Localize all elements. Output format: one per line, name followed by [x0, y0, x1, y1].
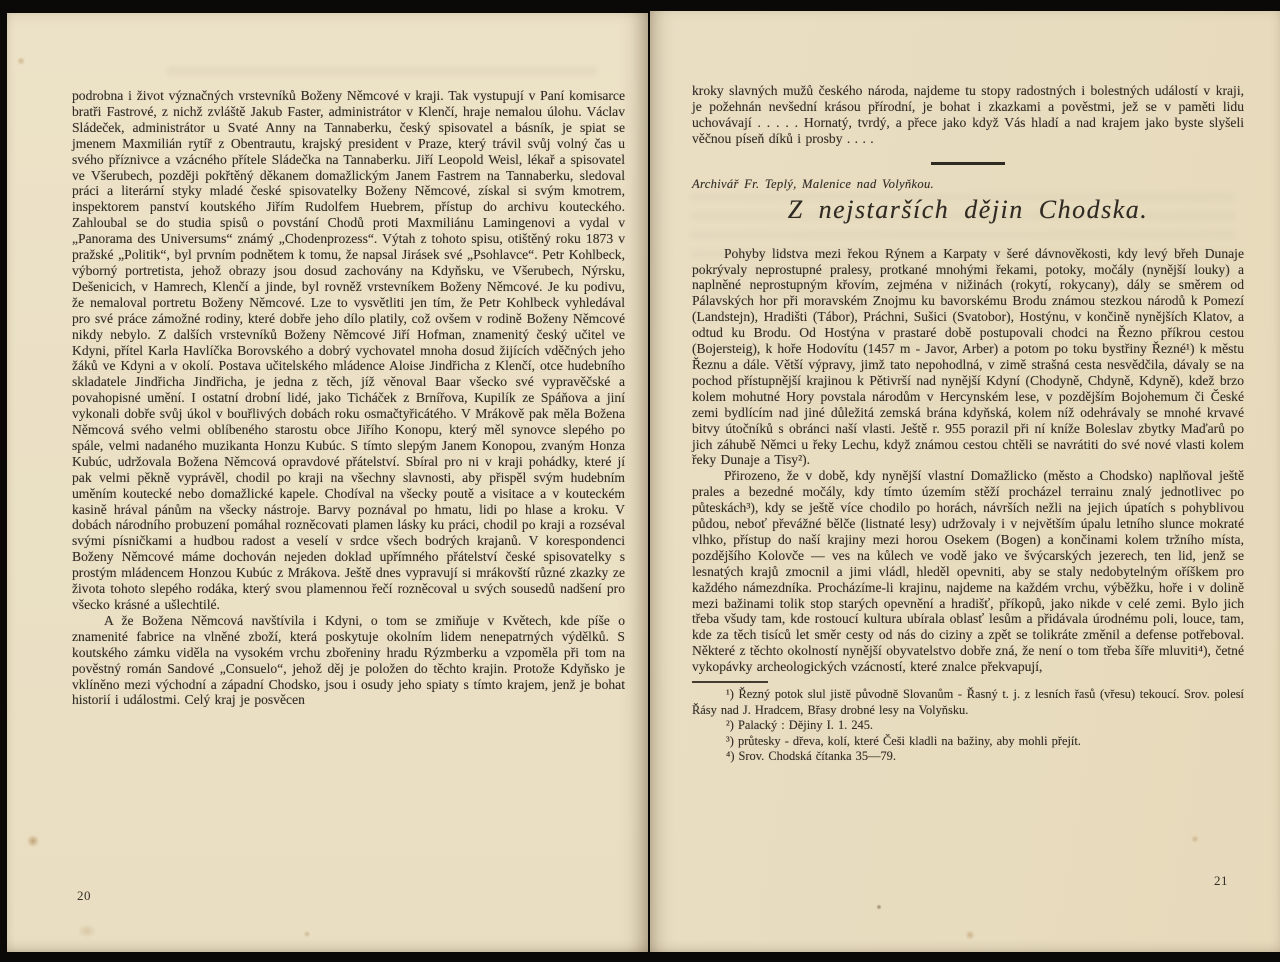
- footnotes-block: ¹) Řezný potok slul jistě původně Slovan…: [692, 687, 1244, 765]
- footnote: ²) Palacký : Dějiny I. 1. 245.: [692, 718, 1244, 734]
- paragraph: Přirozeno, že v době, kdy nynější vlastn…: [692, 468, 1244, 675]
- page-left-text-column: podrobna i život význačných vrstevníků B…: [72, 88, 625, 708]
- paragraph: kroky slavných mužů českého národa, najd…: [692, 83, 1244, 147]
- page-left: podrobna i život význačných vrstevníků B…: [7, 13, 648, 952]
- page-number-left: 20: [77, 888, 91, 904]
- paragraph: podrobna i život význačných vrstevníků B…: [72, 88, 625, 613]
- footnote-separator-rule: [692, 681, 768, 683]
- chapter-title: Z nejstarších dějin Chodska.: [692, 195, 1244, 225]
- footnote: ⁴) Srov. Chodská čítanka 35—79.: [692, 749, 1244, 765]
- book-spread: podrobna i život význačných vrstevníků B…: [0, 0, 1280, 962]
- page-right-text-column: kroky slavných mužů českého národa, najd…: [692, 83, 1244, 765]
- section-divider-rule: [931, 162, 1005, 165]
- paragraph: Pohyby lidstva mezi řekou Rýnem a Karpat…: [692, 246, 1244, 469]
- footnote: ³) průtesky - dřeva, kolí, které Češi kl…: [692, 734, 1244, 750]
- author-byline: Archivář Fr. Teplý, Malenice nad Volyňko…: [692, 176, 1244, 192]
- footnote: ¹) Řezný potok slul jistě původně Slovan…: [692, 687, 1244, 718]
- page-right: kroky slavných mužů českého národa, najd…: [650, 11, 1280, 952]
- paragraph: A že Božena Němcová navštívila i Kdyni, …: [72, 613, 625, 708]
- bleedthrough-ghost: [167, 65, 597, 83]
- page-number-right: 21: [1214, 873, 1228, 889]
